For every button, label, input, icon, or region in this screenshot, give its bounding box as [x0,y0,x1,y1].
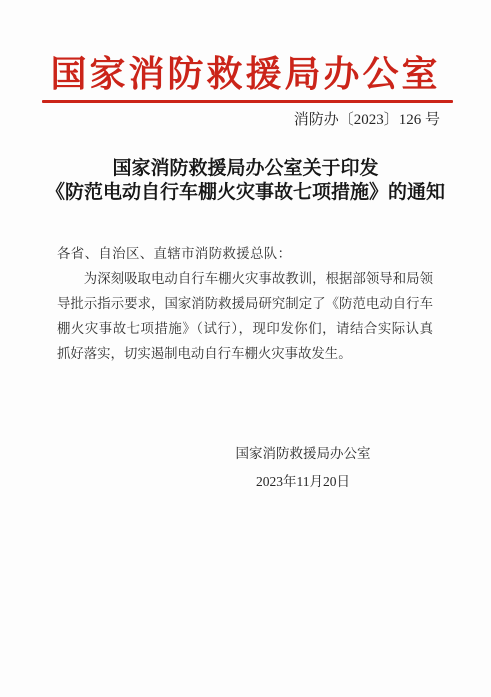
signature-date: 2023年11月20日 [110,468,491,496]
body-paragraph-line-3: 棚火灾事故七项措施》（试行），现印发你们，请结合实际认真 [57,316,433,341]
signature-org: 国家消防救援局办公室 [110,440,491,468]
body-paragraph-line-1: 为深刻吸取电动自行车棚火灾事故教训，根据部领导和局领 [57,266,433,291]
document-title: 国家消防救援局办公室关于印发 《防范电动自行车棚火灾事故七项措施》的通知 [0,157,491,205]
body-paragraph: 为深刻吸取电动自行车棚火灾事故教训，根据部领导和局领 导批示指示要求，国家消防救… [57,266,433,366]
doc-number: 消防办〔2023〕126 号 [0,111,440,130]
official-document-page: 国家消防救援局办公室 消防办〔2023〕126 号 国家消防救援局办公室关于印发… [0,0,491,697]
body-paragraph-line-4: 抓好落实，切实遏制电动自行车棚火灾事故发生。 [57,341,433,366]
document-body: 各省、自治区、直辖市消防救援总队： 为深刻吸取电动自行车棚火灾事故教训，根据部领… [57,241,433,366]
letterhead-org-name: 国家消防救援局办公室 [0,55,491,93]
document-title-line2: 《防范电动自行车棚火灾事故七项措施》的通知 [0,181,491,205]
letterhead-divider-line [42,100,453,103]
signature-block: 国家消防救援局办公室 2023年11月20日 [110,440,491,496]
body-paragraph-line-2: 导批示指示要求，国家消防救援局研究制定了《防范电动自行车 [57,291,433,316]
salutation: 各省、自治区、直辖市消防救援总队： [57,241,433,266]
document-title-line1: 国家消防救援局办公室关于印发 [0,157,491,181]
